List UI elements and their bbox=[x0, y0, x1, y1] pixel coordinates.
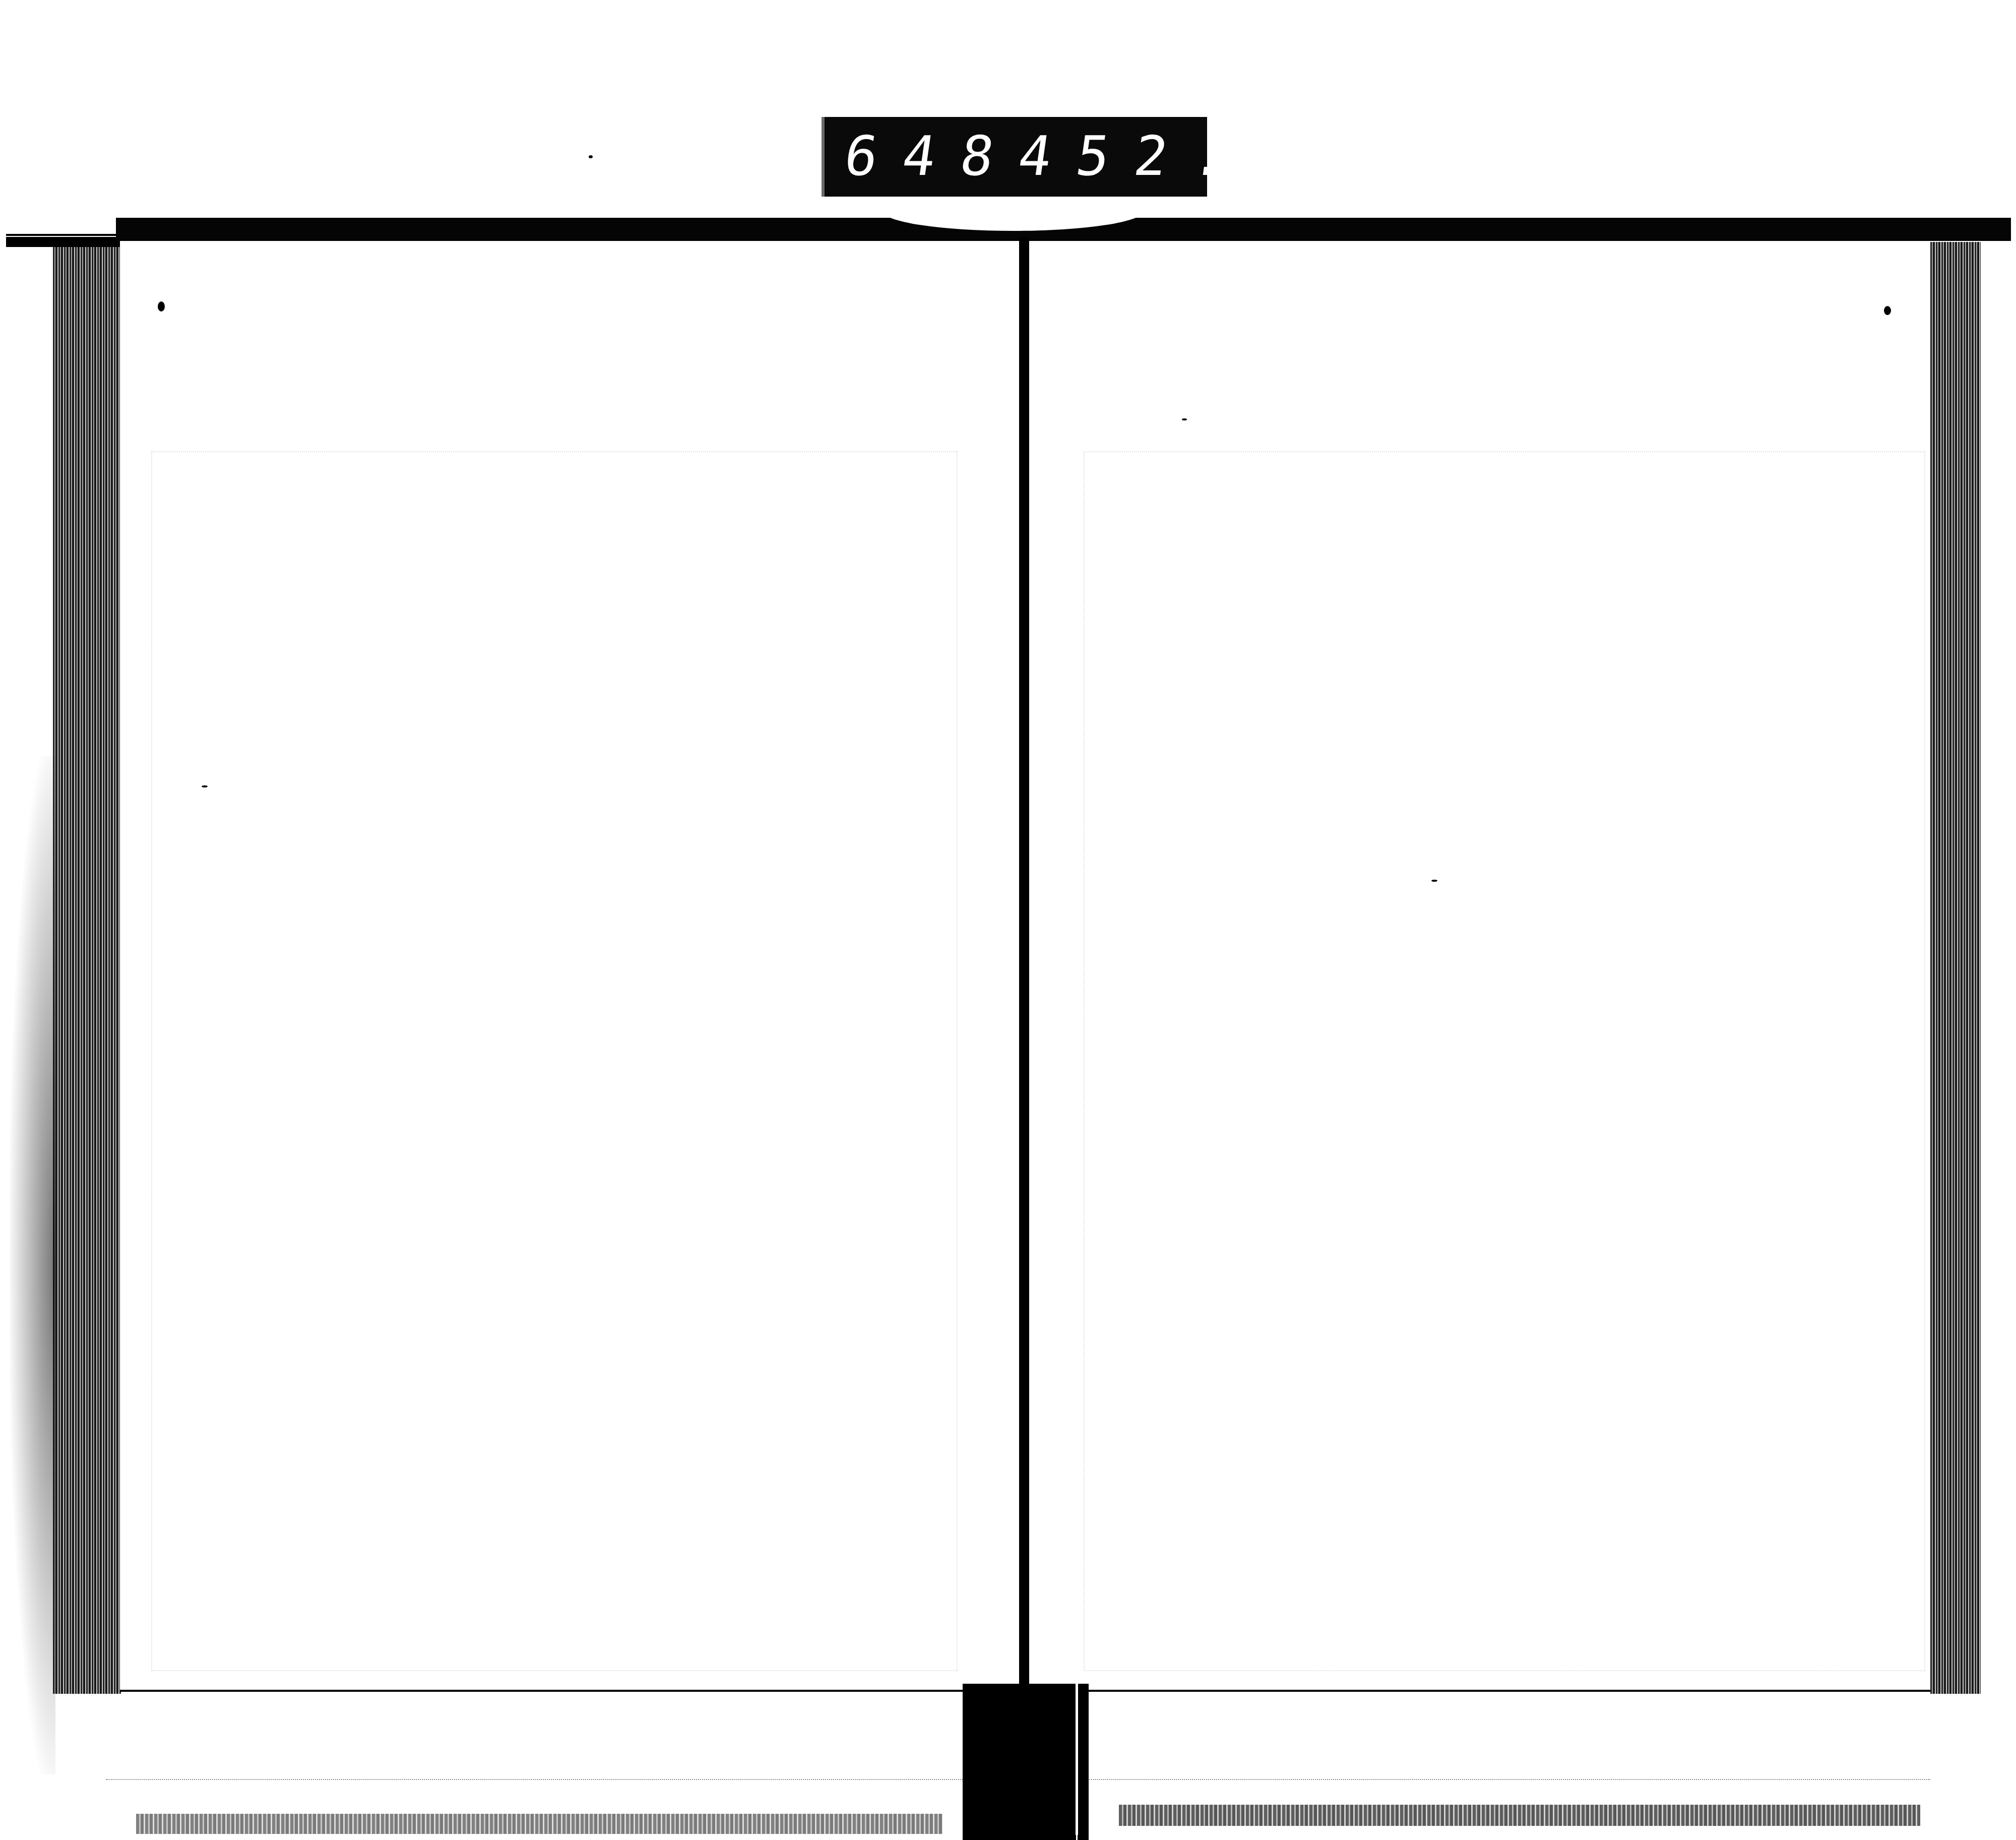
speck bbox=[1431, 880, 1437, 882]
speck bbox=[1182, 418, 1187, 420]
punch-mark-right bbox=[1884, 306, 1891, 315]
right-page-bottom-edge bbox=[1089, 1690, 1930, 1692]
speck bbox=[202, 785, 208, 787]
top-board-edge-left-thin bbox=[6, 234, 122, 236]
bottom-board-strip-left bbox=[136, 1814, 942, 1834]
spine-foot-bar bbox=[1078, 1684, 1089, 1840]
left-shadow bbox=[10, 756, 55, 1774]
right-page-bleed-through-frame bbox=[1084, 451, 1925, 1671]
spine-foot-highlight bbox=[1076, 1684, 1078, 1835]
right-fore-edge bbox=[1930, 242, 1981, 1694]
reel-label-right-number: 452. bbox=[1015, 130, 1254, 184]
reel-label: 648 452. bbox=[822, 117, 1207, 197]
spine-gutter bbox=[1019, 237, 1029, 1684]
speck bbox=[589, 155, 593, 158]
punch-mark-left bbox=[158, 301, 165, 312]
bottom-board-strip-right bbox=[1119, 1805, 1920, 1826]
left-page-bottom-edge bbox=[120, 1690, 967, 1692]
left-page-bleed-through-frame bbox=[151, 451, 958, 1671]
spine-foot-block bbox=[963, 1684, 1076, 1840]
reel-label-left-number: 648 bbox=[841, 130, 1022, 184]
left-fore-edge bbox=[53, 242, 121, 1694]
